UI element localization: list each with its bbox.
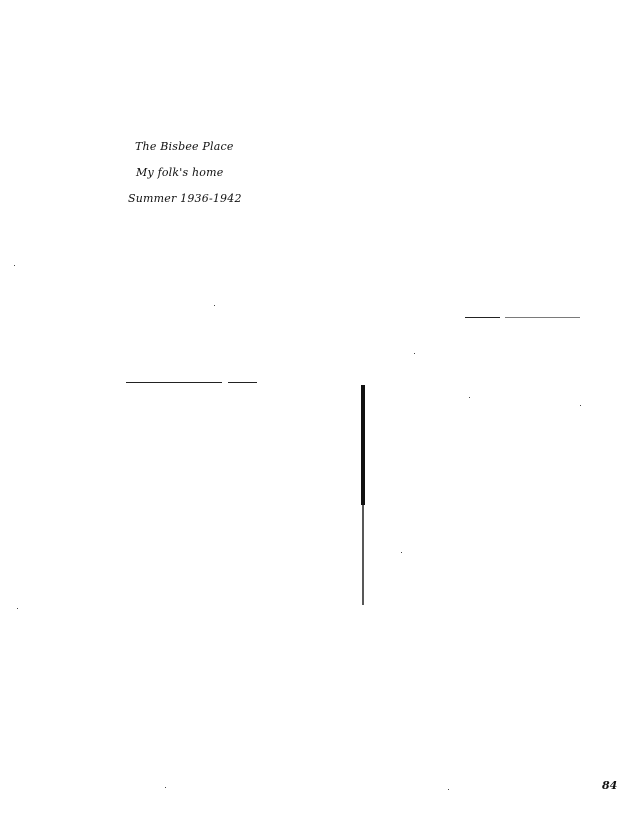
photo-edge-vertical: [361, 385, 365, 505]
scan-speck: [17, 608, 18, 609]
caption-date: Summer 1936-1942: [128, 192, 242, 205]
scan-speck: [214, 305, 215, 306]
scan-speck: [580, 405, 581, 406]
caption-subtitle: My folk's home: [136, 166, 223, 179]
scan-speck: [165, 787, 166, 788]
page-number: 84: [602, 779, 617, 792]
photo-edge-left-top: [126, 382, 222, 383]
scan-speck: [14, 265, 15, 266]
scan-speck: [469, 397, 470, 398]
caption-title: The Bisbee Place: [135, 140, 234, 153]
scan-speck: [448, 789, 449, 790]
photo-edge-right-top: [465, 317, 500, 318]
photo-edge-left-top-b: [228, 382, 257, 383]
photo-edge-vertical-fade: [362, 505, 364, 605]
photo-edge-right-top-b: [505, 317, 580, 318]
scan-speck: [414, 353, 415, 354]
scan-speck: [401, 552, 402, 553]
